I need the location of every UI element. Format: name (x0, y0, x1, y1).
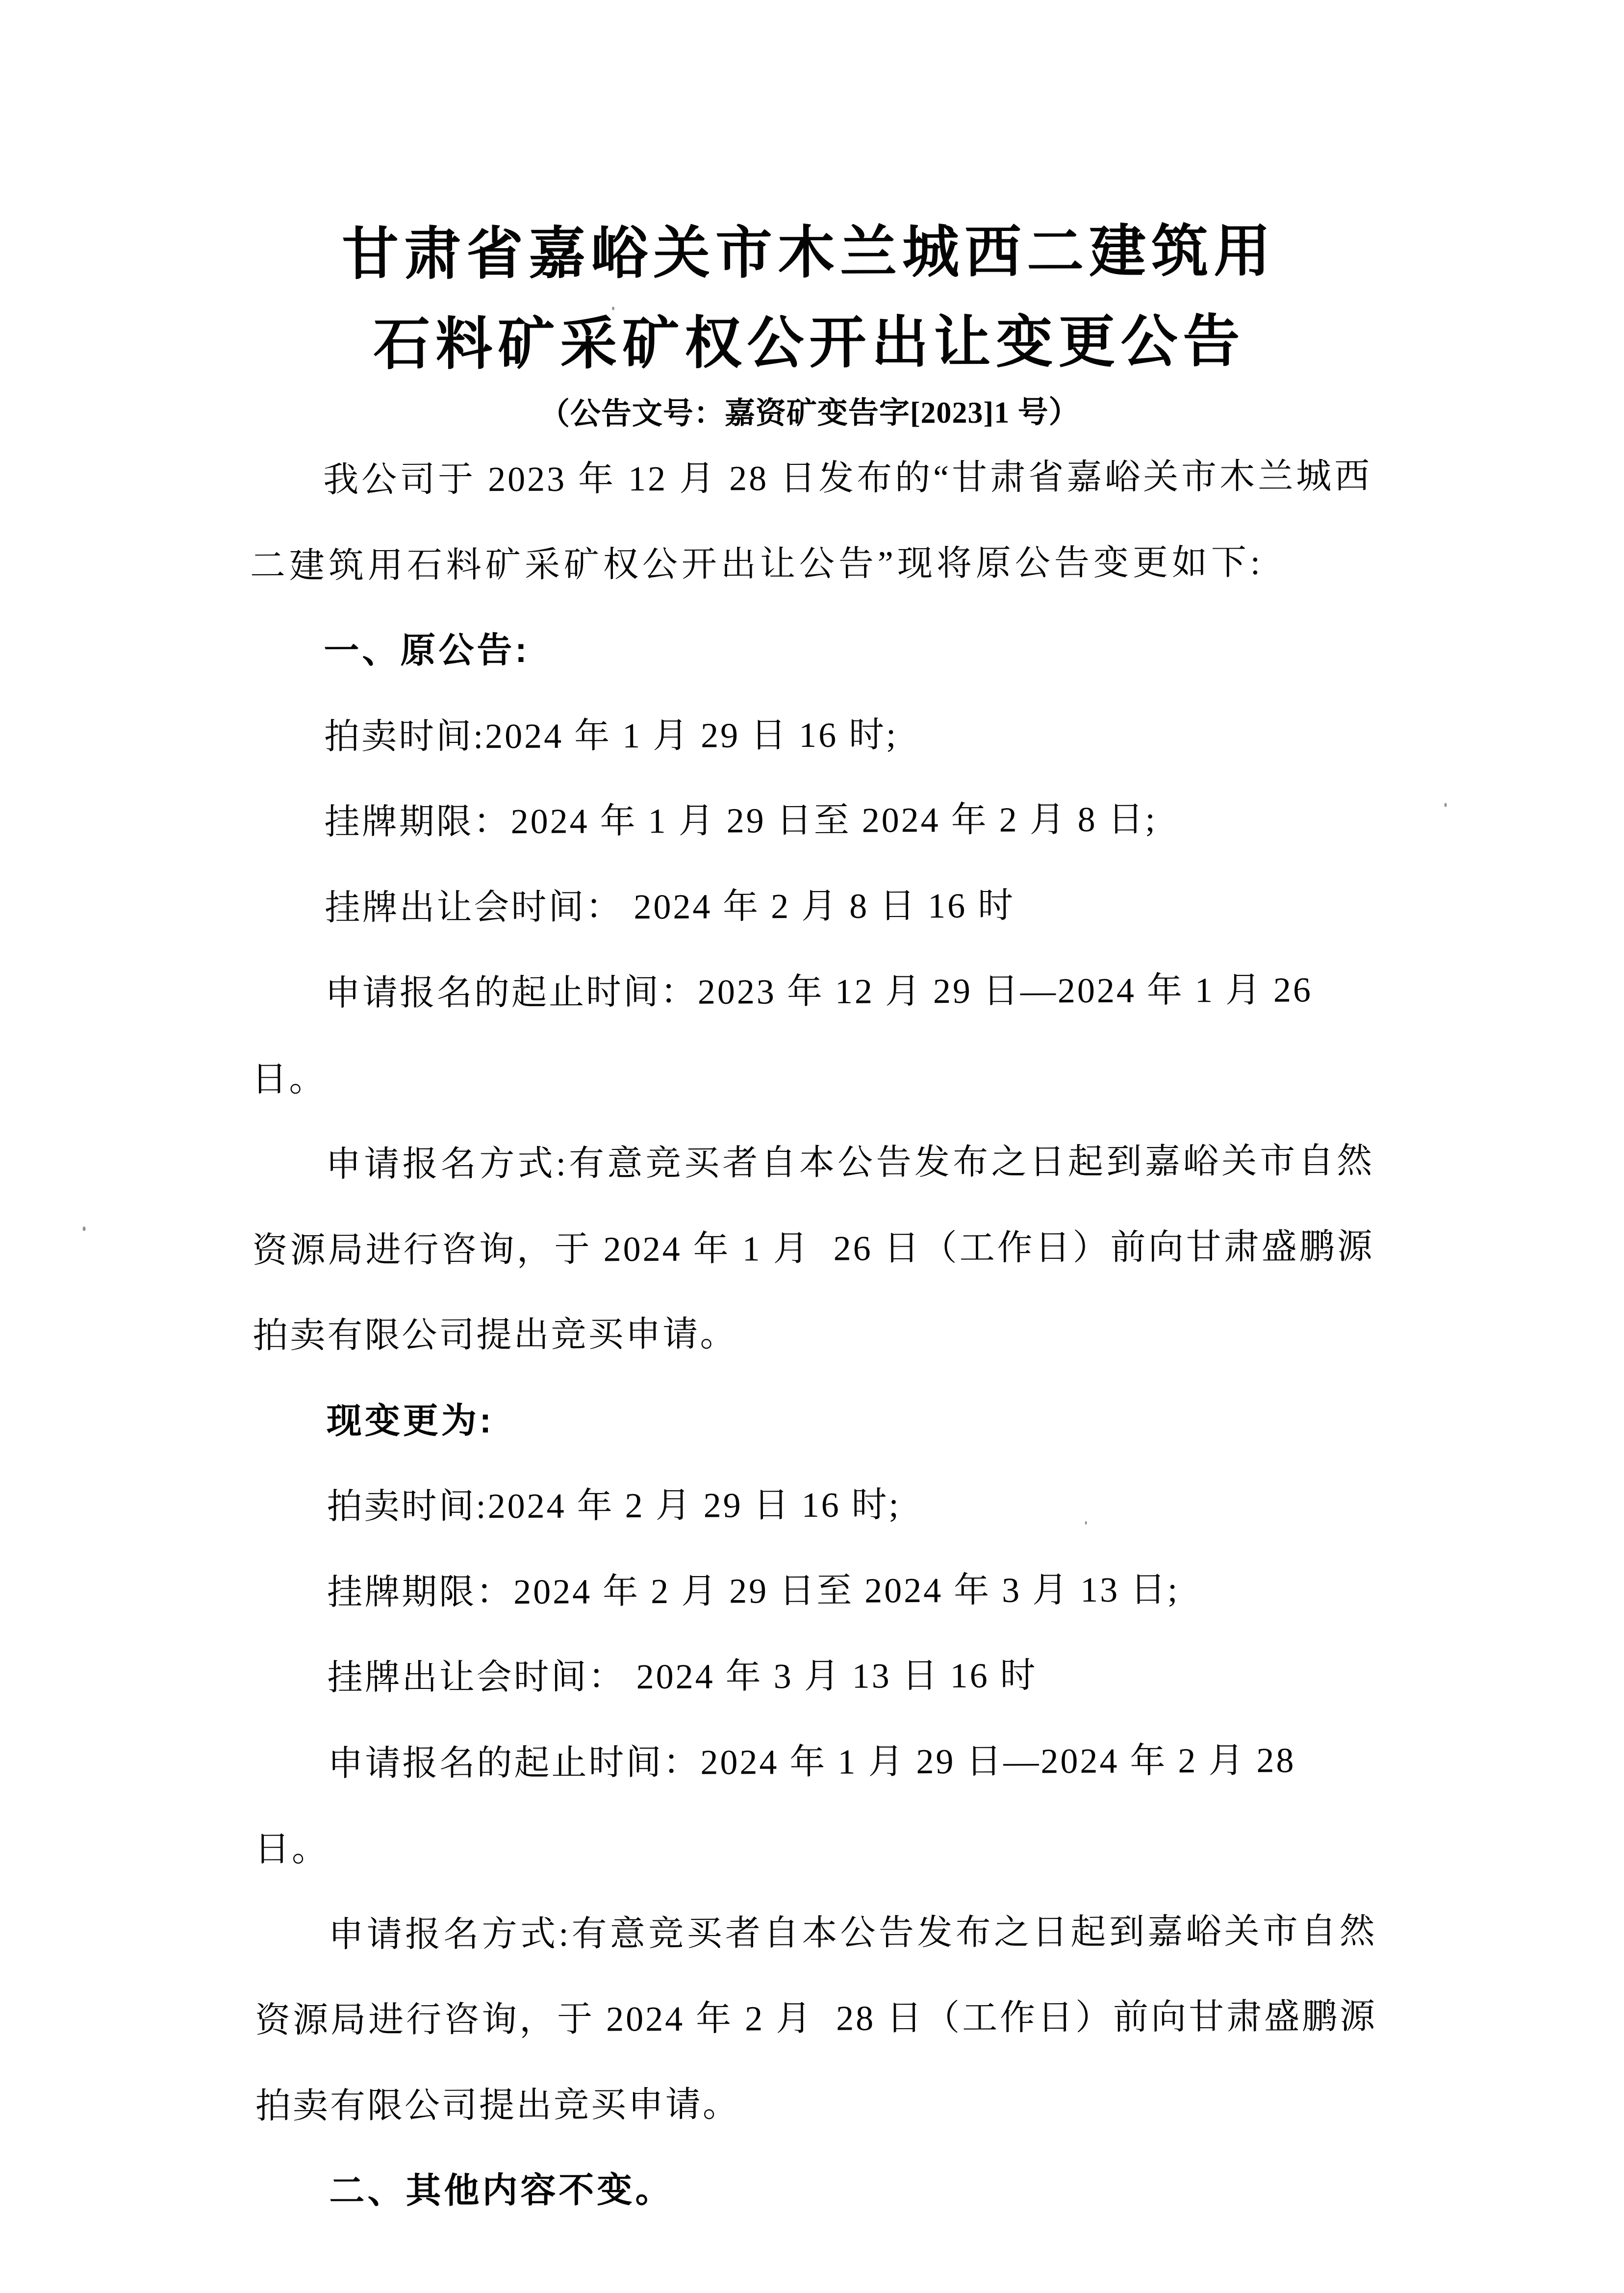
text-line: 拍卖时间:2024 年 1 月 29 日 16 时; (251, 690, 1373, 780)
scanned-announcement-page: 甘肃省嘉峪关市木兰城西二建筑用 石料矿采矿权公开出让变更公告 （公告文号：嘉资矿… (0, 0, 1624, 2293)
text-line: 申请报名方式:有意竞买者自本公告发布之日起到嘉峪关市自然 (254, 1888, 1377, 1977)
text-line: 资源局进行咨询，于 2024 年 1 月 26 日（工作日）前向甘肃盛鹏源 (252, 1203, 1374, 1293)
text-line: 挂牌期限：2024 年 2 月 29 日至 2024 年 3 月 13 日; (254, 1546, 1376, 1635)
document-number: （公告文号：嘉资矿变告字[2023]1 号） (0, 385, 1622, 435)
text-line: 资源局进行咨询，于 2024 年 2 月 28 日（工作日）前向甘肃盛鹏源 (255, 1974, 1377, 2063)
scan-noise-speck (612, 306, 614, 310)
scan-noise-speck (487, 2189, 489, 2192)
scan-noise-speck (83, 1226, 86, 1231)
text-line: 挂牌出让会时间： 2024 年 3 月 13 日 16 时 (254, 1631, 1376, 1721)
text-line: 现变更为: (253, 1375, 1375, 1464)
document-title-line-2: 石料矿采矿权公开出让变更公告 (0, 294, 1622, 382)
scan-noise-speck (1445, 803, 1447, 807)
text-line: 申请报名的起止时间：2023 年 12 月 29 日—2024 年 1 月 26… (252, 947, 1374, 1122)
text-line: 二建筑用石料矿采矿权公开出让公告”现将原公告变更如下: (250, 519, 1372, 609)
text-line: 一、原公告: (250, 605, 1372, 694)
text-line: 拍卖有限公司提出竞买申请。 (253, 1289, 1375, 1378)
text-line: 挂牌期限：2024 年 1 月 29 日至 2024 年 2 月 8 日; (251, 776, 1373, 865)
text-line: 申请报名的起止时间：2024 年 1 月 29 日—2024 年 2 月 28 … (254, 1717, 1376, 1892)
document-sheet: 甘肃省嘉峪关市木兰城西二建筑用 石料矿采矿权公开出让变更公告 （公告文号：嘉资矿… (0, 0, 1624, 2293)
text-line: 拍卖有限公司提出竞买申请。 (255, 2059, 1378, 2148)
text-line: 我公司于 2023 年 12 月 28 日发布的“甘肃省嘉峪关市木兰城西 (250, 433, 1372, 523)
document-title-line-1: 甘肃省嘉峪关市木兰城西二建筑用 (0, 204, 1621, 292)
text-line: 拍卖时间:2024 年 2 月 29 日 16 时; (253, 1460, 1375, 1550)
text-line: 挂牌出让会时间： 2024 年 2 月 8 日 16 时 (251, 862, 1373, 951)
text-line: 二、其他内容不变。 (255, 2145, 1378, 2234)
scan-noise-speck (1085, 1521, 1087, 1525)
document-body: 我公司于 2023 年 12 月 28 日发布的“甘肃省嘉峪关市木兰城西二建筑用… (250, 433, 1378, 2234)
text-line: 申请报名方式:有意竞买者自本公告发布之日起到嘉峪关市自然 (252, 1118, 1374, 1207)
